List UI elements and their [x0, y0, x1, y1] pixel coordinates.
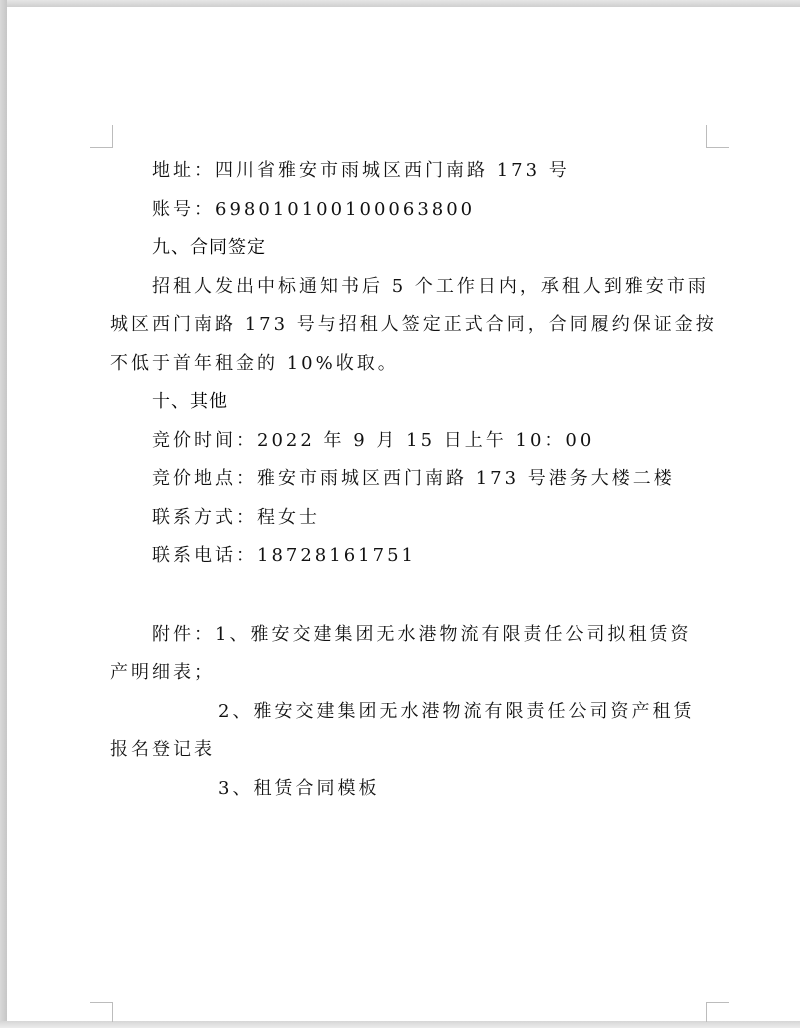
margin-corner-mark-top-left — [90, 125, 113, 148]
attachment-1-line-2: 产明细表； — [110, 654, 700, 693]
bid-location-label: 竞价地点： — [152, 468, 257, 489]
section-nine-paragraph-line-1: 招租人发出中标通知书后 5 个工作日内，承租人到雅安市雨 — [110, 268, 700, 307]
contact-phone-line: 联系电话：18728161751 — [110, 537, 700, 576]
address-value: 四川省雅安市雨城区西门南路 173 号 — [215, 160, 570, 181]
bid-time-label: 竞价时间： — [152, 430, 257, 451]
window-left-edge — [0, 0, 7, 1028]
account-line: 账号：698010100100063800 — [110, 191, 700, 230]
document-body[interactable]: 地址：四川省雅安市雨城区西门南路 173 号 账号：69801010010006… — [110, 152, 700, 808]
bid-time-value: 2022 年 9 月 15 日上午 10：00 — [257, 430, 594, 451]
attachment-3-line-1: 3、租赁合同模板 — [110, 770, 700, 809]
margin-corner-mark-top-right — [706, 125, 729, 148]
attachment-1-text: 1、雅安交建集团无水港物流有限责任公司拟租赁资 — [215, 624, 691, 645]
bid-time-line: 竞价时间：2022 年 9 月 15 日上午 10：00 — [110, 422, 700, 461]
section-nine-paragraph-line-3: 不低于首年租金的 10%收取。 — [110, 345, 700, 384]
contact-phone-label: 联系电话： — [152, 545, 257, 566]
section-nine-heading: 九、合同签定 — [110, 229, 700, 268]
contact-method-value: 程女士 — [257, 507, 320, 528]
section-nine-paragraph-line-2: 城区西门南路 173 号与招租人签定正式合同，合同履约保证金按 — [110, 306, 700, 345]
contact-method-line: 联系方式：程女士 — [110, 499, 700, 538]
blank-line — [110, 576, 700, 616]
bid-location-line: 竞价地点：雅安市雨城区西门南路 173 号港务大楼二楼 — [110, 460, 700, 499]
account-value: 698010100100063800 — [215, 199, 475, 220]
margin-corner-mark-bottom-left — [90, 1002, 113, 1022]
attachment-1-line-1: 附件：1、雅安交建集团无水港物流有限责任公司拟租赁资 — [110, 616, 700, 655]
attachment-2-line-2: 报名登记表 — [110, 731, 700, 770]
contact-method-label: 联系方式： — [152, 507, 257, 528]
section-ten-heading: 十、其他 — [110, 383, 700, 422]
margin-corner-mark-bottom-right — [706, 1002, 729, 1022]
address-line: 地址：四川省雅安市雨城区西门南路 173 号 — [110, 152, 700, 191]
window-bottom-edge — [0, 1021, 800, 1028]
bid-location-value: 雅安市雨城区西门南路 173 号港务大楼二楼 — [257, 468, 675, 489]
account-label: 账号： — [152, 199, 215, 220]
attachment-2-line-1: 2、雅安交建集团无水港物流有限责任公司资产租赁 — [110, 693, 700, 732]
contact-phone-value: 18728161751 — [257, 545, 416, 566]
window-top-edge — [0, 0, 800, 7]
attachments-label: 附件： — [152, 624, 215, 645]
address-label: 地址： — [152, 160, 215, 181]
